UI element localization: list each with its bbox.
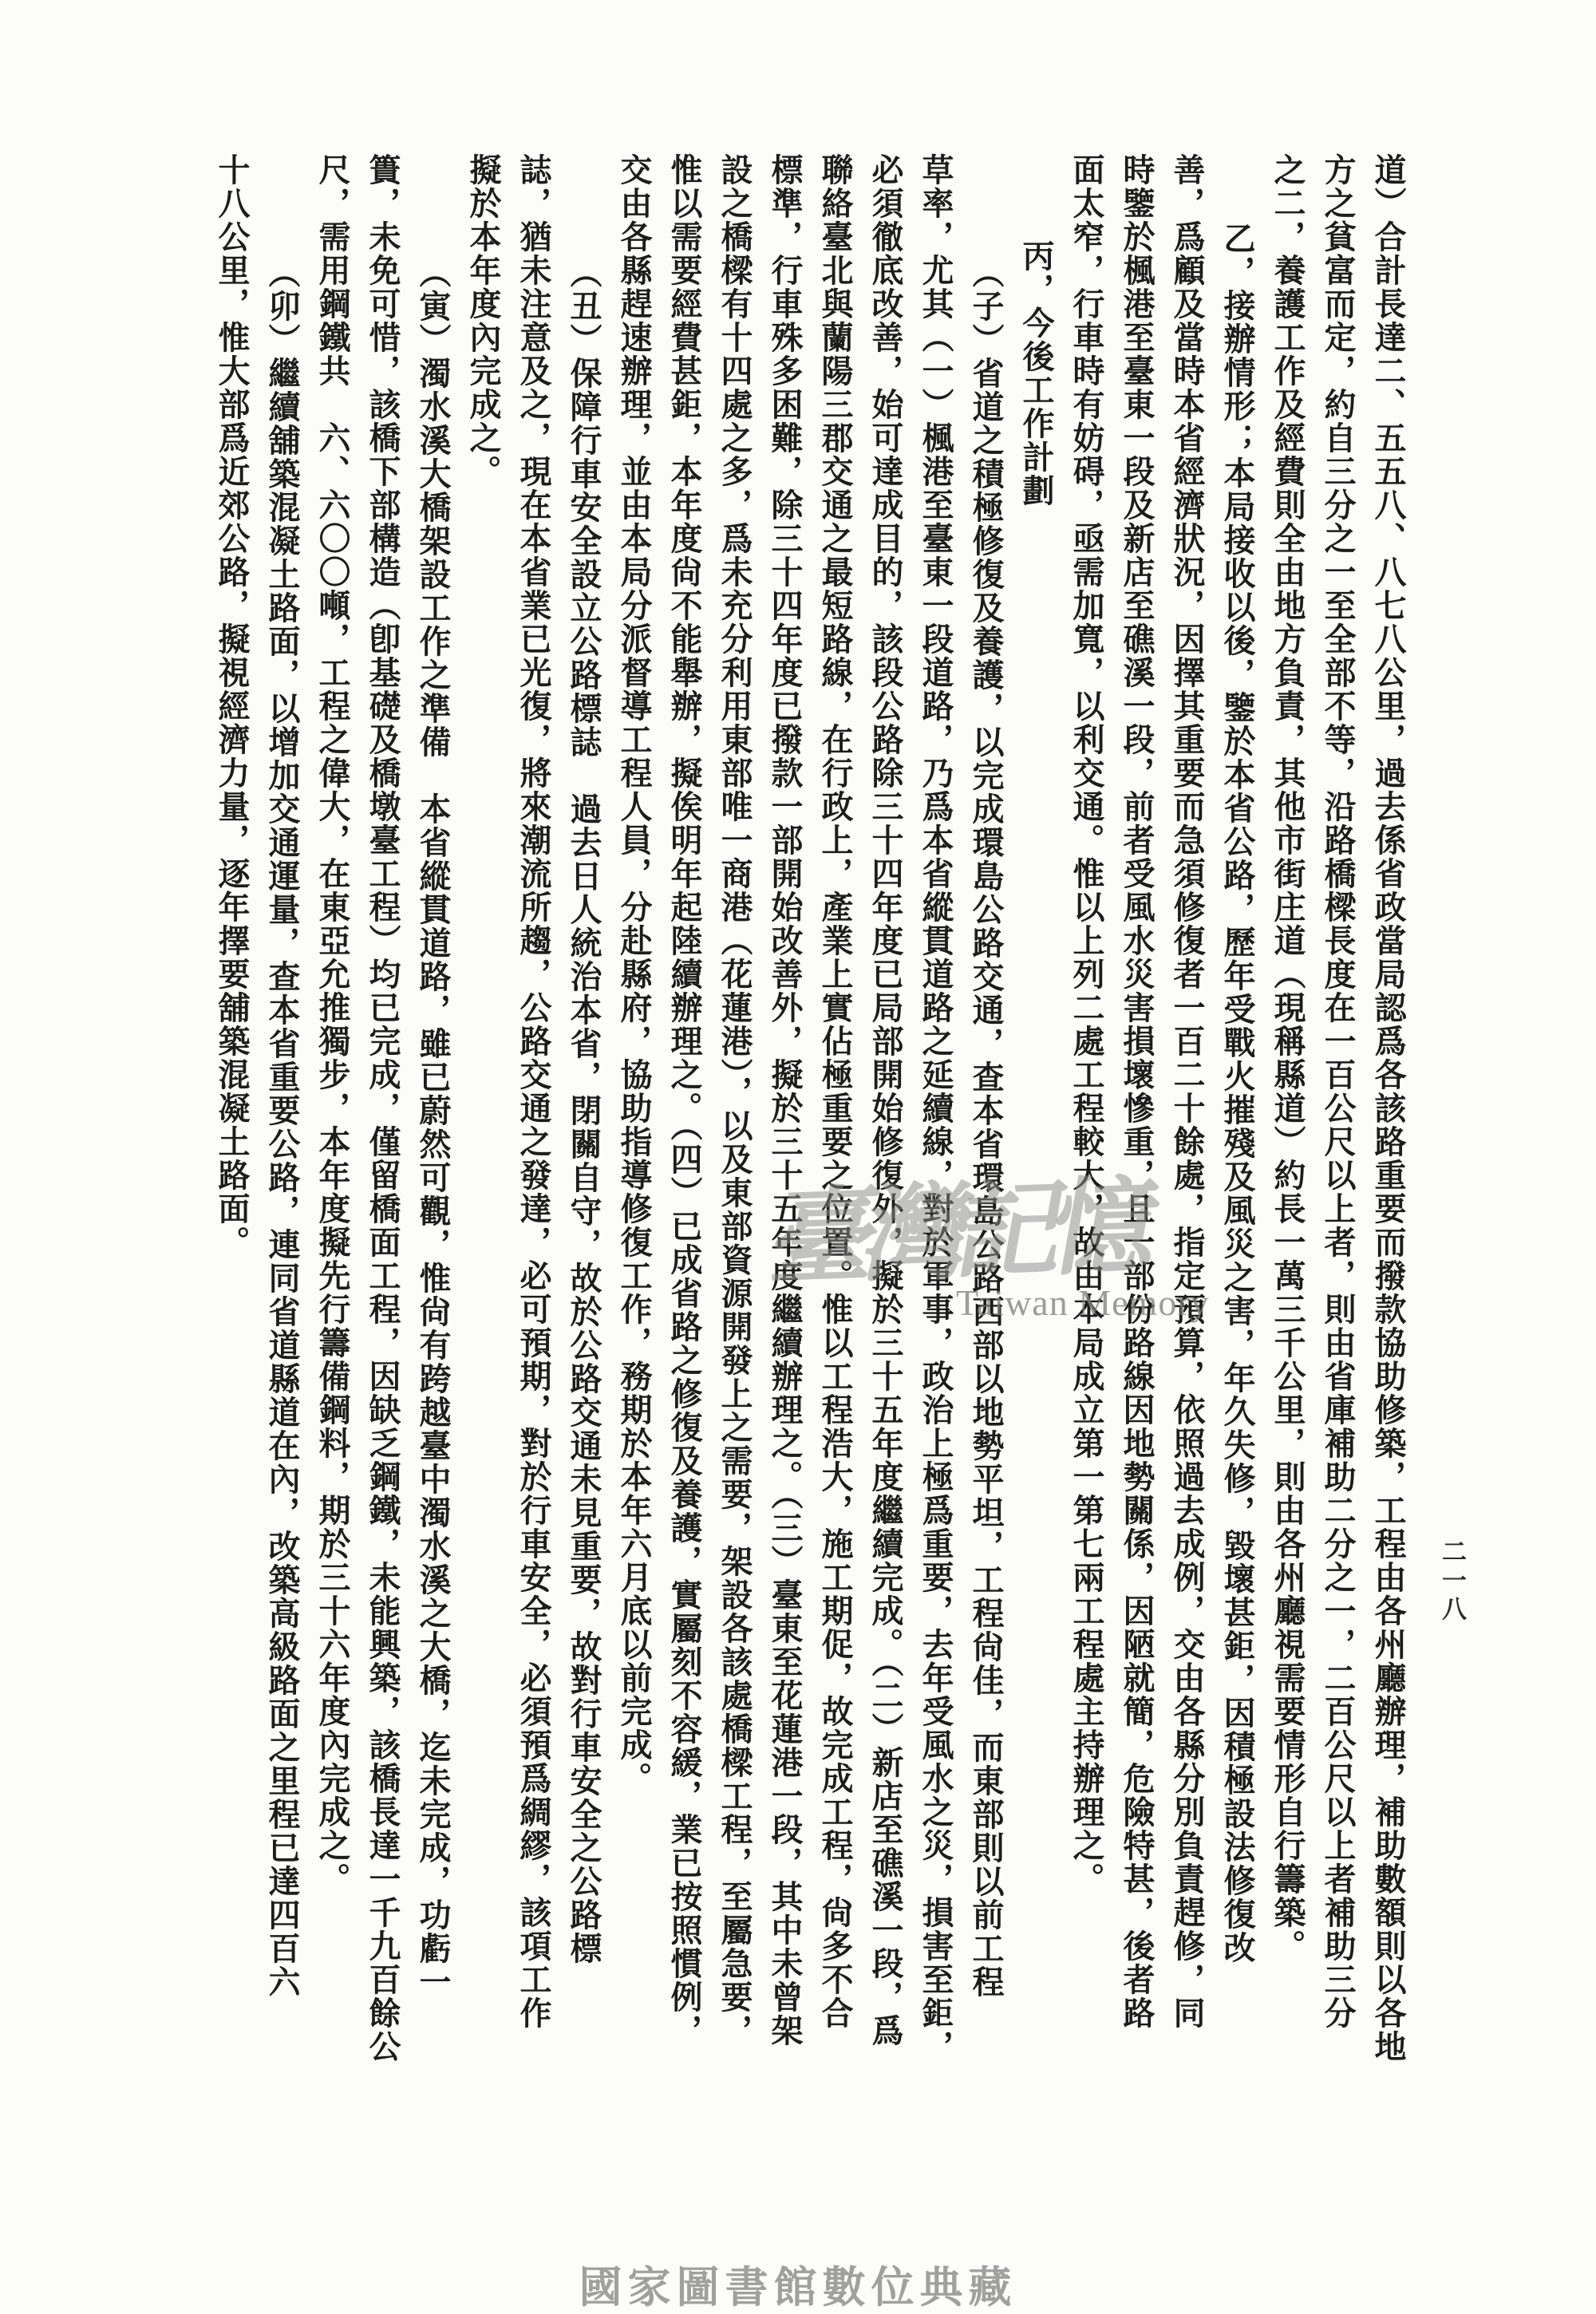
text-column: 道）合計長達二、五五八、八七八公里，過去係省政當局認爲各該路重要而撥款協助修築，… [1370,153,1406,2148]
text-column: 草率，尤其（一）楓港至臺東一段道路，乃爲本省縱貫道路之延續線，對於軍事，政治上極… [918,153,954,2148]
text-column: 方之貧富而定，約自三分之一至全部不等，沿路橋樑長度在一百公尺以上者，則由省庫補助… [1320,153,1356,2148]
text-column: （卯）繼續舖築混凝土路面，以增加交通運量，查本省重要公路，連同省道縣道在內，改築… [264,153,300,2148]
text-column: （子）省道之積極修復及養護，以完成環島公路交通，查本省環島公路西部以地勢平坦，工… [968,153,1004,2148]
text-column: 時鑒於楓港至臺東一段及新店至礁溪一段，前者受風水災害損壞慘重，且一部份路線因地勢… [1119,153,1155,2148]
text-column: 惟以需要經費甚鉅，本年度尙不能舉辦，擬俟明年起陸續辦理之。（四）已成省路之修復及… [666,153,702,2148]
scanned-page: 道）合計長達二、五五八、八七八公里，過去係省政當局認爲各該路重要而撥款協助修築，… [0,0,1596,2314]
text-column: 必須徹底改善，始可達成目的，該段公路除三十四年度已局部開始修復外，擬於三十五年度… [867,153,903,2148]
text-column: 善，爲顧及當時本省經濟狀況，因擇其重要而急須修復者一百二十餘處，指定預算，依照過… [1169,153,1205,2148]
text-column: 聯絡臺北與蘭陽三郡交通之最短路線，在行政上，產業上實佔極重要之位置。惟以工程浩大… [817,153,853,2148]
text-column: 之二，養護工作及經費則全由地方負責，其他市街庄道（現稱縣道）約長一萬三千公里，則… [1270,153,1306,2148]
text-column: 十八公里，惟大部爲近郊公路，擬視經濟力量，逐年擇要舖築混凝土路面。 [214,153,250,2148]
text-column: （寅）濁水溪大橋架設工作之準備 本省縱貫道路，雖已蔚然可觀，惟尙有跨越臺中濁水溪… [415,153,451,2148]
text-column: 擬於本年度內完成之。 [465,153,501,2148]
text-column: 簣，未免可惜，該橋下部構造（卽基礎及橋墩臺工程）均已完成，僅留橋面工程，因缺乏鋼… [365,153,401,2148]
text-column: 尺，需用鋼鐵共 六、六〇〇噸，工程之偉大，在東亞允推獨步，本年度擬先行籌備鋼料，… [314,153,350,2148]
page-number: 二一八 [1434,1538,1470,1625]
text-column: 乙，接辦情形；本局接收以後，鑒於本省公路，歷年受戰火摧殘及風災之害，年久失修，毀… [1219,153,1255,2148]
text-column: 交由各縣趕速辦理，並由本局分派督導工程人員，分赴縣府，協助指導修復工作，務期於本… [616,153,652,2148]
text-column: 誌，猶未注意及之，現在本省業已光復，將來潮流所趨，公路交通之發達，必可預期，對於… [516,153,551,2148]
text-column: 標準，行車殊多困難，除三十四年度已撥款一部開始改善外，擬於三十五年度繼續辦理之。… [767,153,803,2148]
text-column: 設之橋樑有十四處之多，爲未充分利用東部唯一商港（花蓮港），以及東部資源開發上之需… [717,153,753,2148]
digital-archive-footer: 國家圖書館數位典藏 [0,2253,1596,2314]
text-column: （丑）保障行車安全設立公路標誌 過去日人統治本省，閉關自守，故於公路交通未見重要… [566,153,602,2148]
text-column: 面太窄，行車時有妨碍，亟需加寬，以利交通。惟以上列二處工程較大，故由本局成立第一… [1069,153,1104,2148]
text-column: 丙，今後工作計劃 [1018,153,1054,2148]
document-text-block: 道）合計長達二、五五八、八七八公里，過去係省政當局認爲各該路重要而撥款協助修築，… [199,153,1406,2148]
